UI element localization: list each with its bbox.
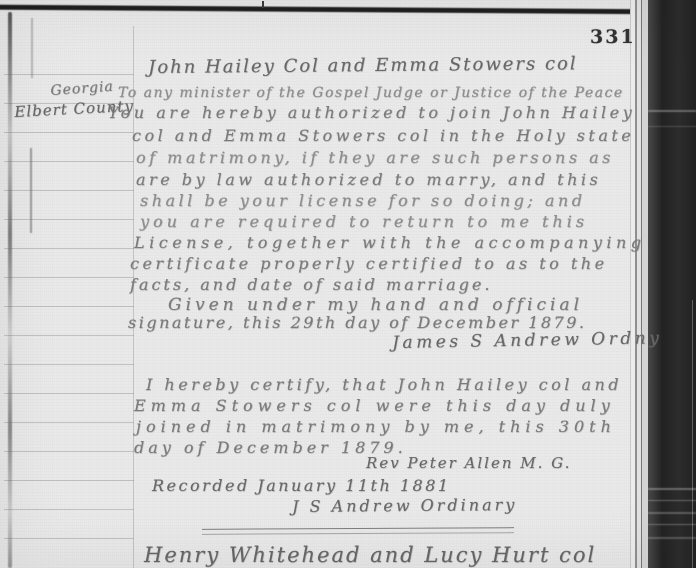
scan-dark-band	[648, 0, 696, 568]
scan-streak	[648, 126, 696, 127]
certificate-line: joined in matrimony by me, this 30th	[136, 418, 616, 436]
certificate-line: I hereby certify, that John Hailey col a…	[146, 376, 622, 394]
scan-streak	[648, 512, 696, 514]
scan-streak	[648, 500, 696, 501]
official-signature: James S Andrew Ordny	[392, 329, 662, 352]
license-line: License, together with the accompanying	[134, 234, 646, 252]
license-line: are by law authorized to marry, and this	[136, 171, 601, 189]
certificate-line: Emma Stowers col were this day duly	[134, 397, 615, 415]
scan-top-tick-mark	[262, 1, 264, 8]
recorded-line: Recorded January 11th 1881	[152, 477, 451, 495]
page-edge-strip	[630, 0, 648, 568]
minister-signature: Rev Peter Allen M. G.	[366, 455, 571, 472]
next-entry-heading: Henry Whitehead and Lucy Hurt col	[144, 544, 596, 567]
scan-streak	[648, 488, 696, 490]
license-line: You are hereby authorized to join John H…	[108, 104, 635, 122]
scan-streak	[692, 300, 693, 568]
license-line: col and Emma Stowers col in the Holy sta…	[132, 127, 634, 145]
separator-rule	[202, 527, 514, 535]
scan-top-edge	[0, 5, 664, 15]
license-line: certificate properly certified to as to …	[130, 255, 608, 273]
attestation-line: signature, this 29th day of December 187…	[128, 314, 586, 332]
scan-streak	[648, 110, 696, 112]
scan-streak	[648, 524, 696, 525]
scanned-ledger-page: 331 John Hailey Col and Emma Stowers col…	[0, 0, 696, 568]
license-line: of matrimony, if they are such persons a…	[136, 149, 614, 167]
page-number: 331	[590, 26, 636, 48]
ledger-ruled-lines	[4, 46, 134, 562]
entry-heading: John Hailey Col and Emma Stowers col	[148, 54, 578, 78]
license-line: To any minister of the Gospel Judge or J…	[118, 86, 624, 101]
ordinary-signature: J S Andrew Ordinary	[292, 496, 517, 516]
scan-streak	[648, 537, 696, 539]
license-line: you are required to return to me this	[140, 213, 588, 231]
license-line: facts, and date of said marriage.	[130, 276, 492, 294]
attestation-line: Given under my hand and official	[168, 296, 583, 315]
license-line: shall be your license for so doing; and	[140, 192, 585, 210]
